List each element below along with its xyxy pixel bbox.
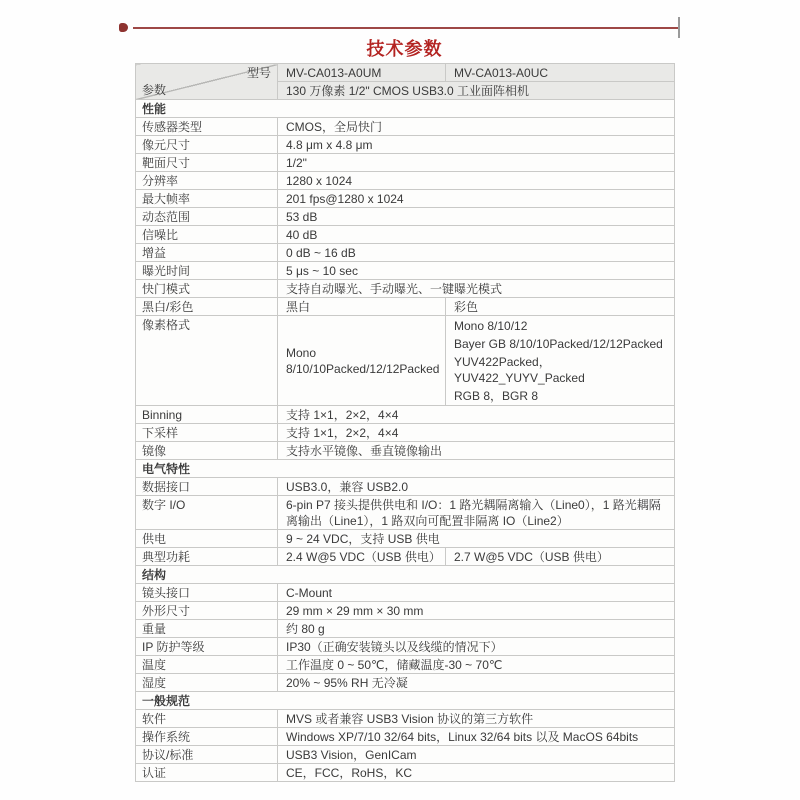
spec-row-data: 动态范围53 dB (136, 208, 675, 226)
spec-row-data: 快门模式支持自动曝光、手动曝光、一键曝光模式 (136, 280, 675, 298)
row-label: 镜像 (136, 442, 278, 460)
row-label: 传感器类型 (136, 118, 278, 136)
spec-row-data: 镜像支持水平镜像、垂直镜像输出 (136, 442, 675, 460)
header-rule-line (133, 27, 678, 29)
param-description: 130 万像素 1/2" CMOS USB3.0 工业面阵相机 (278, 82, 675, 100)
value-line: Mono 8/10/10Packed/12/12Packed (286, 344, 439, 378)
row-label: 外形尺寸 (136, 602, 278, 620)
spec-row-section: 一般规范 (136, 692, 675, 710)
spec-row-data: 靶面尺寸1/2" (136, 154, 675, 172)
spec-row-section: 性能 (136, 100, 675, 118)
row-value: 201 fps@1280 x 1024 (278, 190, 675, 208)
row-label: 重量 (136, 620, 278, 638)
row-value-left: 黑白 (278, 298, 446, 316)
value-line: Mono 8/10/12 (454, 317, 668, 335)
row-label: 数字 I/O (136, 496, 278, 530)
spec-row-multi: 像素格式Mono 8/10/10Packed/12/12PackedMono 8… (136, 316, 675, 406)
row-value: USB3 Vision，GenICam (278, 746, 675, 764)
row-value: 支持 1×1，2×2，4×4 (278, 406, 675, 424)
row-value: IP30（正确安装镜头以及线缆的情况下） (278, 638, 675, 656)
row-value: 1/2" (278, 154, 675, 172)
row-label: 快门模式 (136, 280, 278, 298)
row-value: C-Mount (278, 584, 675, 602)
row-value: 工作温度 0 ~ 50℃，储藏温度-30 ~ 70℃ (278, 656, 675, 674)
row-value: 6-pin P7 接头提供供电和 I/O：1 路光耦隔离输入（Line0），1 … (278, 496, 675, 530)
spec-row-section: 结构 (136, 566, 675, 584)
row-label: 数据接口 (136, 478, 278, 496)
spec-row-data: 传感器类型CMOS，全局快门 (136, 118, 675, 136)
header-rule-tick (678, 17, 680, 38)
spec-row-data: 重量约 80 g (136, 620, 675, 638)
corner-cell: 型号参数 (136, 64, 278, 100)
row-value: 4.8 μm x 4.8 μm (278, 136, 675, 154)
row-value-right: 彩色 (446, 298, 675, 316)
spec-row-data: 曝光时间5 μs ~ 10 sec (136, 262, 675, 280)
row-label: 靶面尺寸 (136, 154, 278, 172)
section-header: 一般规范 (136, 692, 675, 710)
spec-row-data: 下采样支持 1×1，2×2，4×4 (136, 424, 675, 442)
row-label: 典型功耗 (136, 548, 278, 566)
spec-row-data: 软件MVS 或者兼容 USB3 Vision 协议的第三方软件 (136, 710, 675, 728)
row-value: 支持自动曝光、手动曝光、一键曝光模式 (278, 280, 675, 298)
spec-row-data: 外形尺寸29 mm × 29 mm × 30 mm (136, 602, 675, 620)
spec-row-data: Binning支持 1×1，2×2，4×4 (136, 406, 675, 424)
row-value: Windows XP/7/10 32/64 bits，Linux 32/64 b… (278, 728, 675, 746)
spec-row-data: 温度工作温度 0 ~ 50℃，储藏温度-30 ~ 70℃ (136, 656, 675, 674)
row-label: 镜头接口 (136, 584, 278, 602)
row-label: 信噪比 (136, 226, 278, 244)
section-header: 性能 (136, 100, 675, 118)
spec-row-data: 增益0 dB ~ 16 dB (136, 244, 675, 262)
spec-row-data: 湿度20% ~ 95% RH 无冷凝 (136, 674, 675, 692)
corner-label-model: 型号 (247, 65, 271, 81)
row-label: 湿度 (136, 674, 278, 692)
row-value: 40 dB (278, 226, 675, 244)
row-value-right: Mono 8/10/12Bayer GB 8/10/10Packed/12/12… (446, 316, 675, 406)
row-value: 5 μs ~ 10 sec (278, 262, 675, 280)
spec-row-split: 黑白/彩色黑白彩色 (136, 298, 675, 316)
row-value-left: 2.4 W@5 VDC（USB 供电） (278, 548, 446, 566)
row-value: 1280 x 1024 (278, 172, 675, 190)
spec-row-data: 分辨率1280 x 1024 (136, 172, 675, 190)
row-value: CMOS，全局快门 (278, 118, 675, 136)
bullet-dot-icon (119, 23, 128, 32)
row-label: 温度 (136, 656, 278, 674)
row-value-left: Mono 8/10/10Packed/12/12Packed (278, 316, 446, 406)
row-label: 认证 (136, 764, 278, 782)
row-value: 0 dB ~ 16 dB (278, 244, 675, 262)
row-label: 增益 (136, 244, 278, 262)
value-line: RGB 8，BGR 8 (454, 387, 668, 405)
row-label: 最大帧率 (136, 190, 278, 208)
row-label: 分辨率 (136, 172, 278, 190)
spec-row-data: 镜头接口C-Mount (136, 584, 675, 602)
value-line: YUV422Packed，YUV422_YUYV_Packed (454, 353, 668, 387)
row-label: 曝光时间 (136, 262, 278, 280)
spec-row-section: 电气特性 (136, 460, 675, 478)
row-value: 29 mm × 29 mm × 30 mm (278, 602, 675, 620)
row-value: 9 ~ 24 VDC，支持 USB 供电 (278, 530, 675, 548)
row-label: 操作系统 (136, 728, 278, 746)
row-value: 53 dB (278, 208, 675, 226)
spec-row-data: 认证CE，FCC，RoHS，KC (136, 764, 675, 782)
row-label: 像元尺寸 (136, 136, 278, 154)
spec-row-data: 数据接口USB3.0，兼容 USB2.0 (136, 478, 675, 496)
spec-row-data: 像元尺寸4.8 μm x 4.8 μm (136, 136, 675, 154)
row-value-right: 2.7 W@5 VDC（USB 供电） (446, 548, 675, 566)
spec-row-data: 数字 I/O6-pin P7 接头提供供电和 I/O：1 路光耦隔离输入（Lin… (136, 496, 675, 530)
spec-sheet-page: 技术参数 型号参数MV-CA013-A0UMMV-CA013-A0UC130 万… (0, 0, 800, 800)
row-value: 支持水平镜像、垂直镜像输出 (278, 442, 675, 460)
row-value: CE，FCC，RoHS，KC (278, 764, 675, 782)
model-name-right: MV-CA013-A0UC (446, 64, 675, 82)
row-label: Binning (136, 406, 278, 424)
spec-row-data: 协议/标准USB3 Vision，GenICam (136, 746, 675, 764)
spec-table: 型号参数MV-CA013-A0UMMV-CA013-A0UC130 万像素 1/… (135, 63, 675, 782)
row-label: 下采样 (136, 424, 278, 442)
row-label: 黑白/彩色 (136, 298, 278, 316)
spec-row-data: 信噪比40 dB (136, 226, 675, 244)
spec-row-model: 型号参数MV-CA013-A0UMMV-CA013-A0UC (136, 64, 675, 82)
row-label: 像素格式 (136, 316, 278, 406)
spec-table-body: 型号参数MV-CA013-A0UMMV-CA013-A0UC130 万像素 1/… (136, 64, 675, 782)
model-name-left: MV-CA013-A0UM (278, 64, 446, 82)
corner-label-param: 参数 (142, 82, 166, 98)
spec-row-data: 操作系统Windows XP/7/10 32/64 bits，Linux 32/… (136, 728, 675, 746)
page-title: 技术参数 (135, 35, 674, 61)
spec-row-data: 供电9 ~ 24 VDC，支持 USB 供电 (136, 530, 675, 548)
spec-row-split: 典型功耗2.4 W@5 VDC（USB 供电）2.7 W@5 VDC（USB 供… (136, 548, 675, 566)
spec-row-data: 最大帧率201 fps@1280 x 1024 (136, 190, 675, 208)
section-header: 电气特性 (136, 460, 675, 478)
row-label: 软件 (136, 710, 278, 728)
row-label: 动态范围 (136, 208, 278, 226)
spec-row-data: IP 防护等级IP30（正确安装镜头以及线缆的情况下） (136, 638, 675, 656)
section-header: 结构 (136, 566, 675, 584)
row-value: MVS 或者兼容 USB3 Vision 协议的第三方软件 (278, 710, 675, 728)
row-value: USB3.0，兼容 USB2.0 (278, 478, 675, 496)
row-label: IP 防护等级 (136, 638, 278, 656)
value-line: Bayer GB 8/10/10Packed/12/12Packed (454, 335, 668, 353)
row-value: 约 80 g (278, 620, 675, 638)
row-label: 供电 (136, 530, 278, 548)
row-value: 支持 1×1，2×2，4×4 (278, 424, 675, 442)
row-label: 协议/标准 (136, 746, 278, 764)
row-value: 20% ~ 95% RH 无冷凝 (278, 674, 675, 692)
